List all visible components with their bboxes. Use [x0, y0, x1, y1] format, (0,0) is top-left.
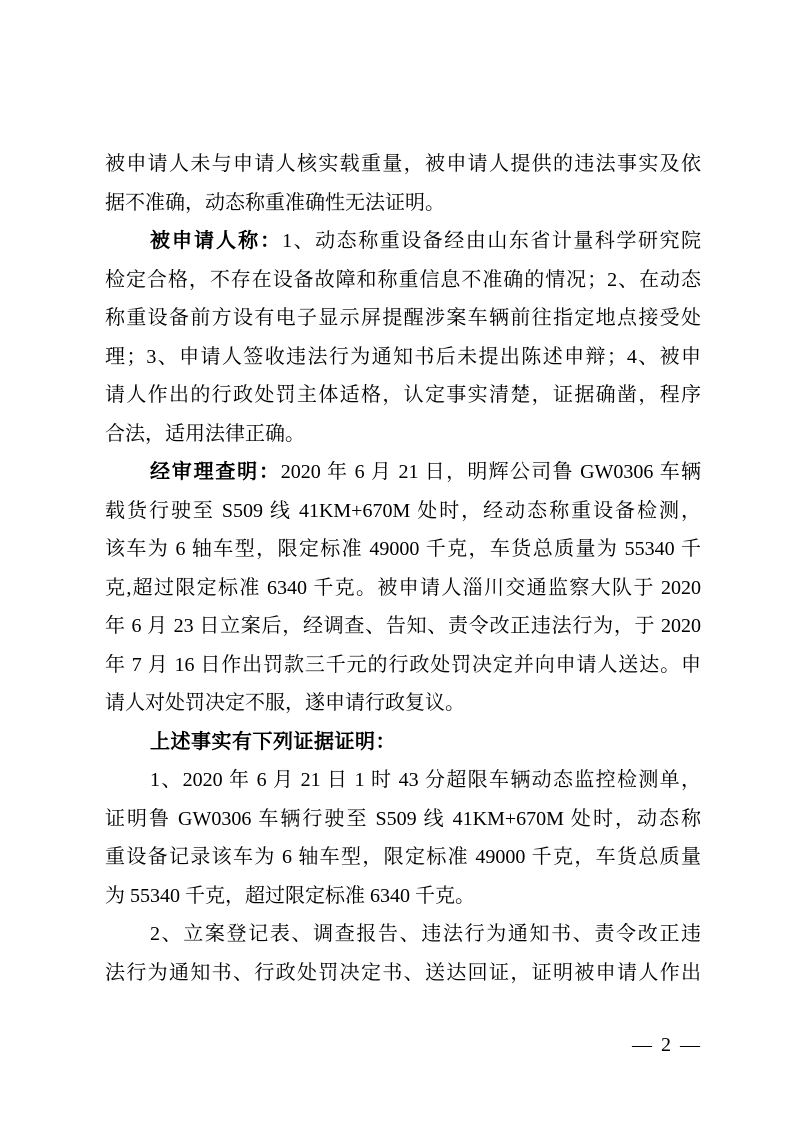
text-line: 年 6 月 23 日立案后，经调查、告知、责令改正违法行为，于 2020 [105, 607, 701, 646]
text-segment: 称重设备前方设有电子显示屏提醒涉案车辆前往指定地点接受处 [105, 307, 701, 329]
text-segment: 载货行驶至 S509 线 41KM+670M 处时，经动态称重设备检测， [105, 500, 701, 522]
text-line: 2、立案登记表、调查报告、违法行为通知书、责令改正违 [105, 915, 701, 954]
text-segment: 2、立案登记表、调查报告、违法行为通知书、责令改正违 [150, 923, 701, 945]
text-line: 据不准确，动态称重准确性无法证明。 [105, 184, 701, 223]
text-line: 合法，适用法律正确。 [105, 415, 701, 454]
text-segment: 请人作出的行政处罚主体适格，认定事实清楚，证据确凿，程序 [105, 384, 701, 406]
text-line: 被申请人称：1、动态称重设备经由山东省计量科学研究院 [105, 222, 701, 261]
text-segment: 据不准确，动态称重准确性无法证明。 [105, 192, 445, 214]
text-line: 理；3、申请人签收违法行为通知书后未提出陈述申辩；4、被申 [105, 338, 701, 377]
text-line: 证明鲁 GW0306 车辆行驶至 S509 线 41KM+670M 处时，动态称 [105, 800, 701, 839]
text-segment: 证明鲁 GW0306 车辆行驶至 S509 线 41KM+670M 处时，动态称 [105, 808, 701, 830]
text-line: 重设备记录该车为 6 轴车型，限定标准 49000 千克，车货总质量 [105, 838, 701, 877]
text-line: 1、2020 年 6 月 21 日 1 时 43 分超限车辆动态监控检测单， [105, 761, 701, 800]
bold-text-segment: 上述事实有下列证据证明： [150, 731, 396, 753]
text-segment: 检定合格，不存在设备故障和称重信息不准确的情况；2、在动态 [105, 269, 701, 291]
text-line: 载货行驶至 S509 线 41KM+670M 处时，经动态称重设备检测， [105, 492, 701, 531]
text-segment: 年 6 月 23 日立案后，经调查、告知、责令改正违法行为，于 2020 [105, 615, 701, 637]
text-segment: 请人对处罚决定不服，遂申请行政复议。 [105, 692, 465, 714]
text-segment: 该车为 6 轴车型，限定标准 49000 千克，车货总质量为 55340 千 [105, 538, 701, 560]
text-line: 请人对处罚决定不服，遂申请行政复议。 [105, 684, 701, 723]
text-line: 被申请人未与申请人核实载重量，被申请人提供的违法事实及依 [105, 145, 701, 184]
text-segment: 理；3、申请人签收违法行为通知书后未提出陈述申辩；4、被申 [105, 346, 701, 368]
text-segment: 重设备记录该车为 6 轴车型，限定标准 49000 千克，车货总质量 [105, 846, 701, 868]
text-line: 检定合格，不存在设备故障和称重信息不准确的情况；2、在动态 [105, 261, 701, 300]
text-line: 称重设备前方设有电子显示屏提醒涉案车辆前往指定地点接受处 [105, 299, 701, 338]
text-line: 上述事实有下列证据证明： [105, 723, 701, 762]
text-segment: 1、动态称重设备经由山东省计量科学研究院 [282, 230, 701, 252]
text-segment: 为 55340 千克，超过限定标准 6340 千克。 [105, 885, 475, 907]
text-segment: 法行为通知书、行政处罚决定书、送达回证，证明被申请人作出 [105, 962, 701, 984]
document-lines: 被申请人未与申请人核实载重量，被申请人提供的违法事实及依据不准确，动态称重准确性… [105, 145, 701, 992]
page-number: — 2 — [632, 1030, 702, 1060]
bold-text-segment: 被申请人称： [150, 230, 282, 252]
document-page: 被申请人未与申请人核实载重量，被申请人提供的违法事实及依据不准确，动态称重准确性… [0, 0, 794, 1123]
text-segment: 年 7 月 16 日作出罚款三千元的行政处罚决定并向申请人送达。申 [105, 654, 701, 676]
text-segment: 被申请人未与申请人核实载重量，被申请人提供的违法事实及依 [105, 153, 701, 175]
text-segment: 合法，适用法律正确。 [105, 423, 305, 445]
text-segment: 1、2020 年 6 月 21 日 1 时 43 分超限车辆动态监控检测单， [150, 769, 701, 791]
text-line: 法行为通知书、行政处罚决定书、送达回证，证明被申请人作出 [105, 954, 701, 993]
text-line: 经审理查明：2020 年 6 月 21 日，明辉公司鲁 GW0306 车辆 [105, 453, 701, 492]
text-line: 克,超过限定标准 6340 千克。被申请人淄川交通监察大队于 2020 [105, 569, 701, 608]
text-segment: 克,超过限定标准 6340 千克。被申请人淄川交通监察大队于 2020 [105, 577, 701, 599]
bold-text-segment: 经审理查明： [150, 461, 281, 483]
text-line: 年 7 月 16 日作出罚款三千元的行政处罚决定并向申请人送达。申 [105, 646, 701, 685]
text-line: 为 55340 千克，超过限定标准 6340 千克。 [105, 877, 701, 916]
text-segment: 2020 年 6 月 21 日，明辉公司鲁 GW0306 车辆 [281, 461, 701, 483]
text-line: 请人作出的行政处罚主体适格，认定事实清楚，证据确凿，程序 [105, 376, 701, 415]
text-line: 该车为 6 轴车型，限定标准 49000 千克，车货总质量为 55340 千 [105, 530, 701, 569]
